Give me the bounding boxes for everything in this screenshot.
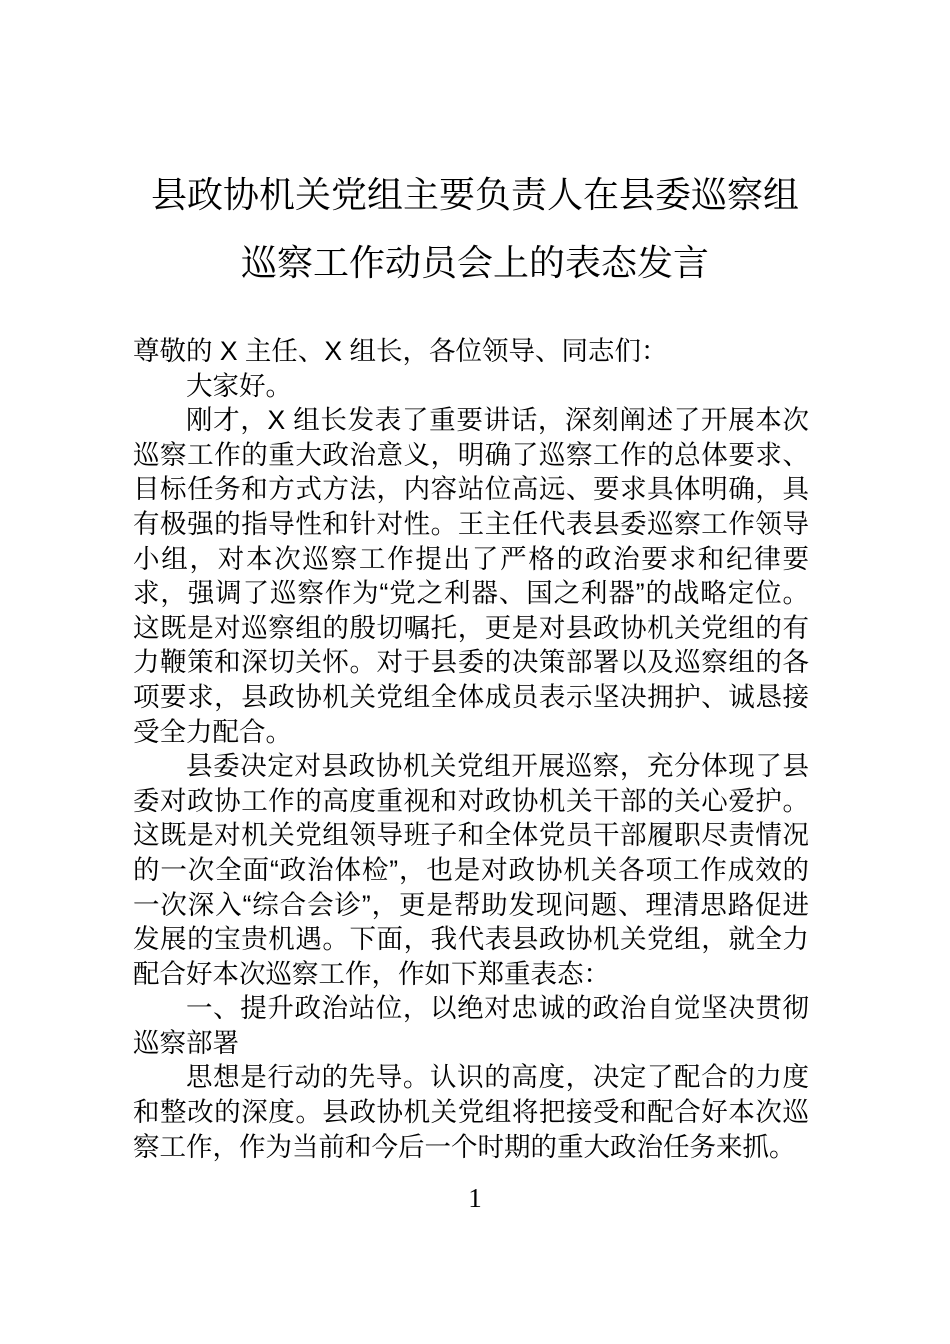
document-page: 县政协机关党组主要负责人在县委巡察组 巡察工作动员会上的表态发言 尊敬的 X 主… — [0, 0, 950, 1344]
paragraph: 刚才，X 组长发表了重要讲话，深刻阐述了开展本次巡察工作的重大政治意义，明确了巡… — [133, 403, 809, 749]
document-body: 尊敬的 X 主任、X 组长，各位领导、同志们：大家好。刚才，X 组长发表了重要讲… — [133, 334, 809, 1164]
paragraph: 尊敬的 X 主任、X 组长，各位领导、同志们： — [133, 334, 809, 369]
page-number: 1 — [0, 1183, 950, 1214]
title-line-1: 县政协机关党组主要负责人在县委巡察组 — [0, 161, 950, 229]
paragraph: 思想是行动的先导。认识的高度，决定了配合的力度和整改的深度。县政协机关党组将把接… — [133, 1060, 809, 1164]
paragraph: 大家好。 — [133, 369, 809, 404]
section-heading: 一、提升政治站位，以绝对忠诚的政治自觉坚决贯彻巡察部署 — [133, 991, 809, 1060]
title-line-2: 巡察工作动员会上的表态发言 — [0, 229, 950, 297]
paragraph: 县委决定对县政协机关党组开展巡察，充分体现了县委对政协工作的高度重视和对政协机关… — [133, 749, 809, 991]
document-title: 县政协机关党组主要负责人在县委巡察组 巡察工作动员会上的表态发言 — [0, 161, 950, 297]
